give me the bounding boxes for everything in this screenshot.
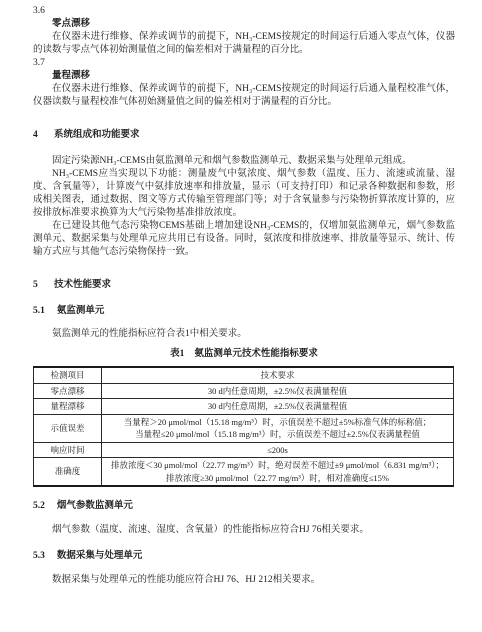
table-1-caption-label: 表1 <box>170 349 184 359</box>
row-item-accuracy: 准确度 <box>34 458 102 487</box>
section-5-1: 5.1氨监测单元 氨监测单元的性能指标应符合表1中相关要求。 <box>33 305 455 341</box>
section-number-4: 4 <box>33 129 42 142</box>
row-item-zero-drift: 零点漂移 <box>34 383 102 399</box>
table-row-accuracy: 准确度 排放浓度＜30 μmol/mol（22.77 mg/m³）时，绝对误差不… <box>34 458 454 487</box>
section-title-5-1: 氨监测单元 <box>57 306 105 316</box>
section-number-5: 5 <box>33 279 42 292</box>
table-row-response-time: 响应时间 ≤200s <box>34 442 454 458</box>
table-1: 检测项目 技术要求 零点漂移 30 d内任意周期，±2.5%仪表满量程值 量程漂… <box>33 366 454 487</box>
row-value-span-drift: 30 d内任意周期，±2.5%仪表满量程值 <box>102 399 454 415</box>
section-title-5: 技术性能要求 <box>54 280 111 290</box>
section-heading-5-2: 5.2烟气参数监测单元 <box>33 500 455 513</box>
indication-error-line-1: 当量程＞20 μmol/mol（15.18 mg/m³）时，示值误差不超过±5%… <box>105 416 450 429</box>
section-title-5-2: 烟气参数监测单元 <box>57 501 133 511</box>
clause-number-3-6: 3.6 <box>33 5 455 18</box>
clause-title-3-7: 量程漂移 <box>52 70 455 83</box>
table-1-caption: 表1氨监测单元技术性能指标要求 <box>33 348 455 361</box>
table-header-row: 检测项目 技术要求 <box>34 367 454 383</box>
table-row-span-drift: 量程漂移 30 d内任意周期，±2.5%仪表满量程值 <box>34 399 454 415</box>
row-value-indication-error: 当量程＞20 μmol/mol（15.18 mg/m³）时，示值误差不超过±5%… <box>102 414 454 442</box>
accuracy-line-1: 排放浓度＜30 μmol/mol（22.77 mg/m³）时，绝对误差不超过±9… <box>105 459 450 472</box>
section-heading-4: 4系统组成和功能要求 <box>33 129 455 142</box>
section-5-1-body: 氨监测单元的性能指标应符合表1中相关要求。 <box>33 328 455 341</box>
section-4-paragraph-1: 固定污染源NH₃-CEMS由氨监测单元和烟气参数监测单元、数据采集与处理单元组成… <box>33 155 455 168</box>
section-heading-5-1: 5.1氨监测单元 <box>33 305 455 318</box>
table-header-requirement: 技术要求 <box>102 367 454 383</box>
section-4-paragraph-3: 在已建设其他气态污染物CEMS基础上增加建设NH₃-CEMS的，仅增加氨监测单元… <box>33 220 455 259</box>
section-title-5-3: 数据采集与处理单元 <box>57 551 143 561</box>
section-5-2-body: 烟气参数（温度、流速、湿度、含氧量）的性能指标应符合HJ 76相关要求。 <box>33 524 455 537</box>
row-value-zero-drift: 30 d内任意周期，±2.5%仪表满量程值 <box>102 383 454 399</box>
clause-body-3-6: 在仪器未进行维修、保养或调节的前提下，NH₃-CEMS按规定的时间运行后通入零点… <box>33 31 455 57</box>
section-5: 5技术性能要求 <box>33 279 455 292</box>
section-3-7: 3.7 量程漂移 在仪器未进行维修、保养或调节的前提下，NH₃-CEMS按规定的… <box>33 57 455 109</box>
indication-error-line-2: 当量程≤20 μmol/mol（15.18 mg/m³）时，示值误差不超过±2.… <box>105 428 450 441</box>
section-number-5-2: 5.2 <box>33 500 45 513</box>
row-item-indication-error: 示值误差 <box>34 414 102 442</box>
section-5-2: 5.2烟气参数监测单元 烟气参数（温度、流速、湿度、含氧量）的性能指标应符合HJ… <box>33 500 455 537</box>
table-row-zero-drift: 零点漂移 30 d内任意周期，±2.5%仪表满量程值 <box>34 383 454 399</box>
section-heading-5: 5技术性能要求 <box>33 279 455 292</box>
section-4: 4系统组成和功能要求 固定污染源NH₃-CEMS由氨监测单元和烟气参数监测单元、… <box>33 129 455 259</box>
section-3-6: 3.6 零点漂移 在仪器未进行维修、保养或调节的前提下，NH₃-CEMS按规定的… <box>33 5 455 57</box>
row-value-response-time: ≤200s <box>102 442 454 458</box>
row-item-span-drift: 量程漂移 <box>34 399 102 415</box>
section-5-3-body: 数据采集与处理单元的性能功能应符合HJ 76、HJ 212相关要求。 <box>33 574 455 587</box>
table-1-caption-title: 氨监测单元技术性能指标要求 <box>194 349 318 359</box>
document-page: 3.6 零点漂移 在仪器未进行维修、保养或调节的前提下，NH₃-CEMS按规定的… <box>0 0 482 632</box>
section-heading-5-3: 5.3数据采集与处理单元 <box>33 550 455 563</box>
section-4-paragraph-2: NH₃-CEMS应当实现以下功能：测量废气中氨浓度、烟气参数（温度、压力、流速或… <box>33 168 455 220</box>
row-item-response-time: 响应时间 <box>34 442 102 458</box>
table-header-item: 检测项目 <box>34 367 102 383</box>
row-value-accuracy: 排放浓度＜30 μmol/mol（22.77 mg/m³）时，绝对误差不超过±9… <box>102 458 454 487</box>
section-5-3: 5.3数据采集与处理单元 数据采集与处理单元的性能功能应符合HJ 76、HJ 2… <box>33 550 455 587</box>
section-title-4: 系统组成和功能要求 <box>54 130 140 140</box>
table-row-indication-error: 示值误差 当量程＞20 μmol/mol（15.18 mg/m³）时，示值误差不… <box>34 414 454 442</box>
clause-body-3-7: 在仪器未进行维修、保养或调节的前提下，NH₃-CEMS按规定的时间运行后通入量程… <box>33 83 455 109</box>
section-number-5-3: 5.3 <box>33 550 45 563</box>
section-number-5-1: 5.1 <box>33 305 45 318</box>
accuracy-line-2: 排放浓度≥30 μmol/mol（22.77 mg/m³）时，相对准确度≤15% <box>105 472 450 485</box>
clause-number-3-7: 3.7 <box>33 57 455 70</box>
clause-title-3-6: 零点漂移 <box>52 18 455 31</box>
